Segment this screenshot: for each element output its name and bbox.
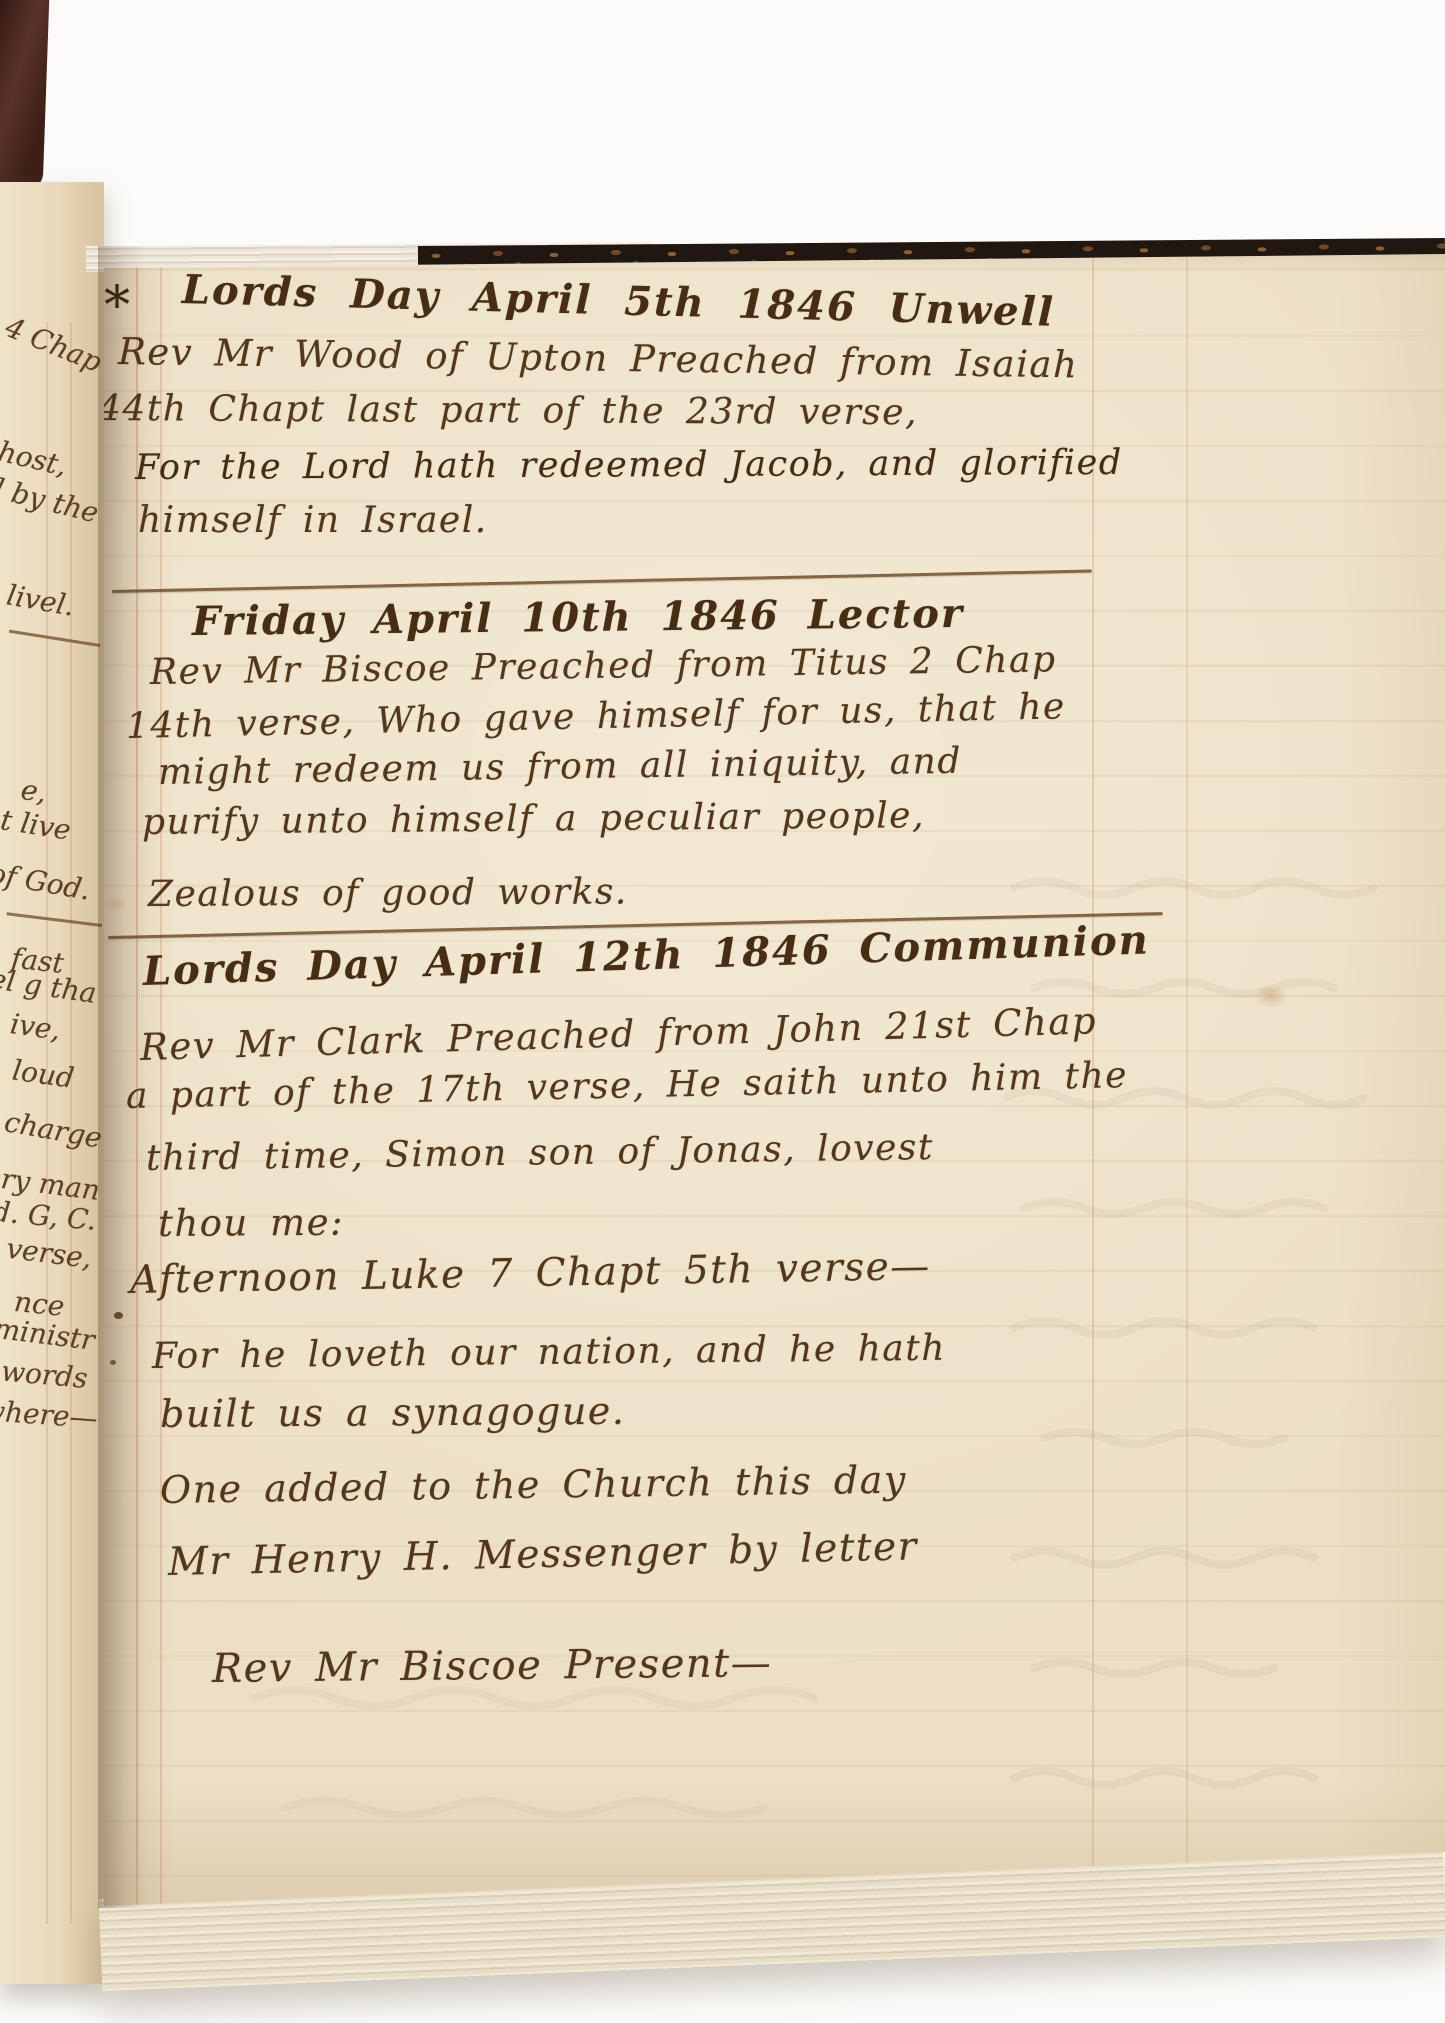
facing-page-rule [9, 630, 100, 647]
entry-2-heading: Friday April 10th 1846 Lector [192, 590, 964, 645]
entry-1-line-3: For the Lord hath redeemed Jacob, and gl… [135, 443, 1123, 488]
entry-3-line-10: Rev Mr Biscoe Present— [212, 1640, 773, 1692]
facing-page-fragment: ive, [8, 1007, 62, 1047]
facing-page-fragment: ministr [0, 1312, 96, 1357]
entry-3-line-5: Afternoon Luke 7 Chapt 5th verse— [130, 1244, 932, 1303]
entry-3-line-9: Mr Henry H. Messenger by letter [168, 1524, 919, 1585]
facing-page-fragment: e, [18, 773, 49, 810]
facing-page-fragment: verse, [5, 1232, 94, 1275]
entry-2-line-3: might redeem us from all iniquity, and [158, 741, 962, 793]
book-spine-corner [0, 0, 49, 193]
facing-page-fragment: t live [0, 803, 73, 847]
paper-stain [1254, 984, 1288, 1008]
entry-2-line-5: Zealous of good works. [148, 871, 628, 915]
entry-3-line-7: built us a synagogue. [160, 1389, 626, 1436]
ruled-line-vertical [1186, 248, 1188, 1910]
entry-3-line-8: One added to the Church this day [160, 1458, 907, 1512]
entry-1-line-1: Rev Mr Wood of Upton Preached from Isaia… [118, 330, 1079, 386]
entry-1-line-4: himself in Israel. [138, 500, 488, 541]
entry-3-heading: Lords Day April 12th 1846 Communion [142, 916, 1150, 995]
entry-1-heading: Lords Day April 5th 1846 Unwell [181, 266, 1055, 336]
entry-3-line-6: For he loveth our nation, and he hath [152, 1328, 946, 1377]
diary-page: * Lords Day April 5th 1846 Unwell Rev Mr… [104, 248, 1445, 1910]
facing-page-fragment: ve charge [0, 1098, 104, 1155]
facing-page-edge: uke 4 Chap host, ed by the livel. e, t l… [0, 182, 104, 1984]
entry-2-line-4: purify unto himself a peculiar people, [142, 795, 925, 843]
entry-2-line-1: Rev Mr Biscoe Preached from Titus 2 Chap [150, 639, 1057, 693]
facing-page-fragment: livel. [4, 578, 77, 622]
facing-page-fragment: uke 4 Chap [0, 288, 104, 379]
facing-page-fragment: words [0, 1355, 89, 1395]
entry-1-line-2: 44th Chapt last part of the 23rd verse, [98, 388, 918, 433]
facing-page-fragment: loud [11, 1054, 77, 1095]
facing-page-fragment: where— [0, 1394, 99, 1435]
entry-3-line-3: third time, Simon son of Jonas, lovest [146, 1127, 934, 1179]
facing-page-rule [7, 912, 103, 926]
entry-3-line-4: thou me: [158, 1201, 344, 1245]
manuscript-photo: uke 4 Chap host, ed by the livel. e, t l… [0, 0, 1445, 2023]
gutter-shadow [98, 246, 146, 1908]
entry-2-line-2: 14th verse, Who gave himself for us, tha… [126, 686, 1067, 747]
